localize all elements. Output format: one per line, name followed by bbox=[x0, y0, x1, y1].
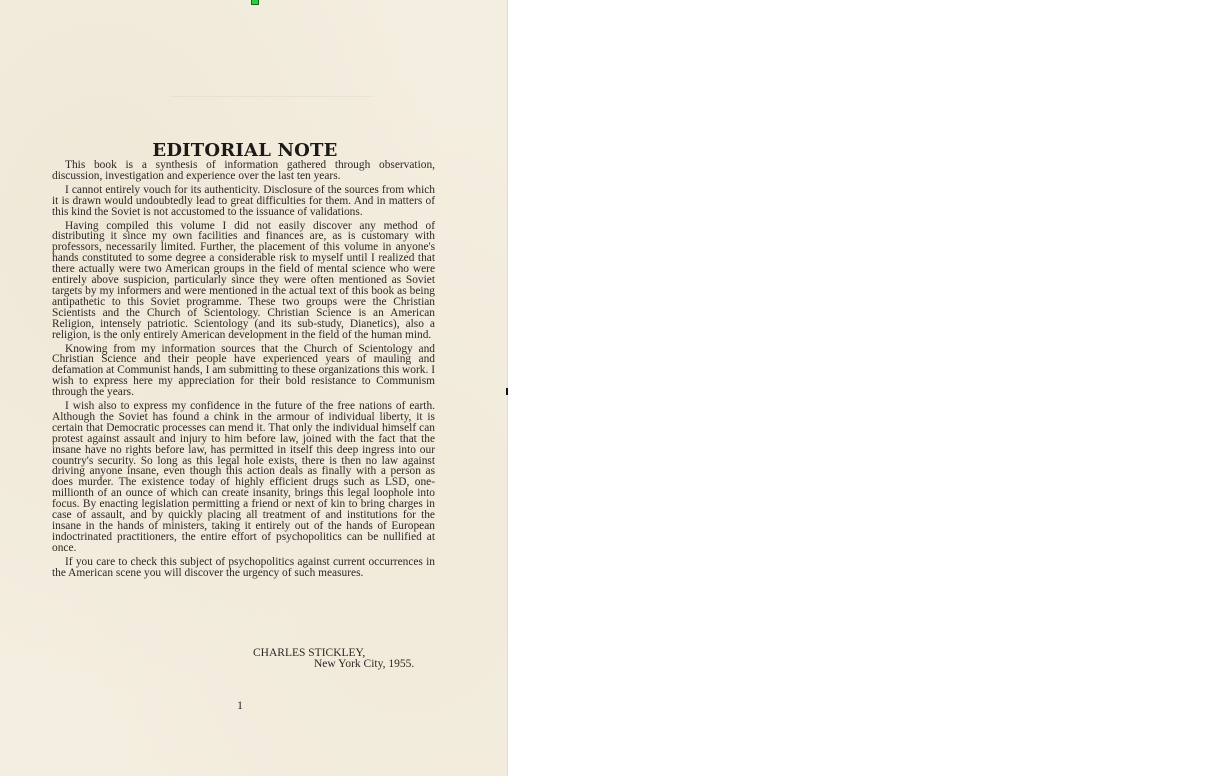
page-number: 1 bbox=[237, 698, 243, 713]
paragraph: Knowing from my information sources that… bbox=[52, 344, 435, 399]
paragraph: Having compiled this volume I did not ea… bbox=[52, 221, 435, 341]
paragraph: If you care to check this subject of psy… bbox=[52, 557, 435, 579]
paragraph: I wish also to express my confidence in … bbox=[52, 401, 435, 554]
paragraph: I cannot entirely vouch for its authenti… bbox=[52, 185, 435, 218]
cursor-marker-icon bbox=[251, 0, 259, 5]
signature-place: New York City, 1955. bbox=[314, 658, 414, 670]
scanned-page: ————————————————— EDITORIAL NOTE This bo… bbox=[0, 0, 508, 776]
paragraph: This book is a synthesis of information … bbox=[52, 160, 435, 182]
page-title: EDITORIAL NOTE bbox=[0, 140, 490, 161]
bleed-through-text: ————————————————— bbox=[170, 88, 374, 103]
body-text: This book is a synthesis of information … bbox=[52, 160, 435, 582]
page-edge-mark bbox=[506, 388, 508, 395]
